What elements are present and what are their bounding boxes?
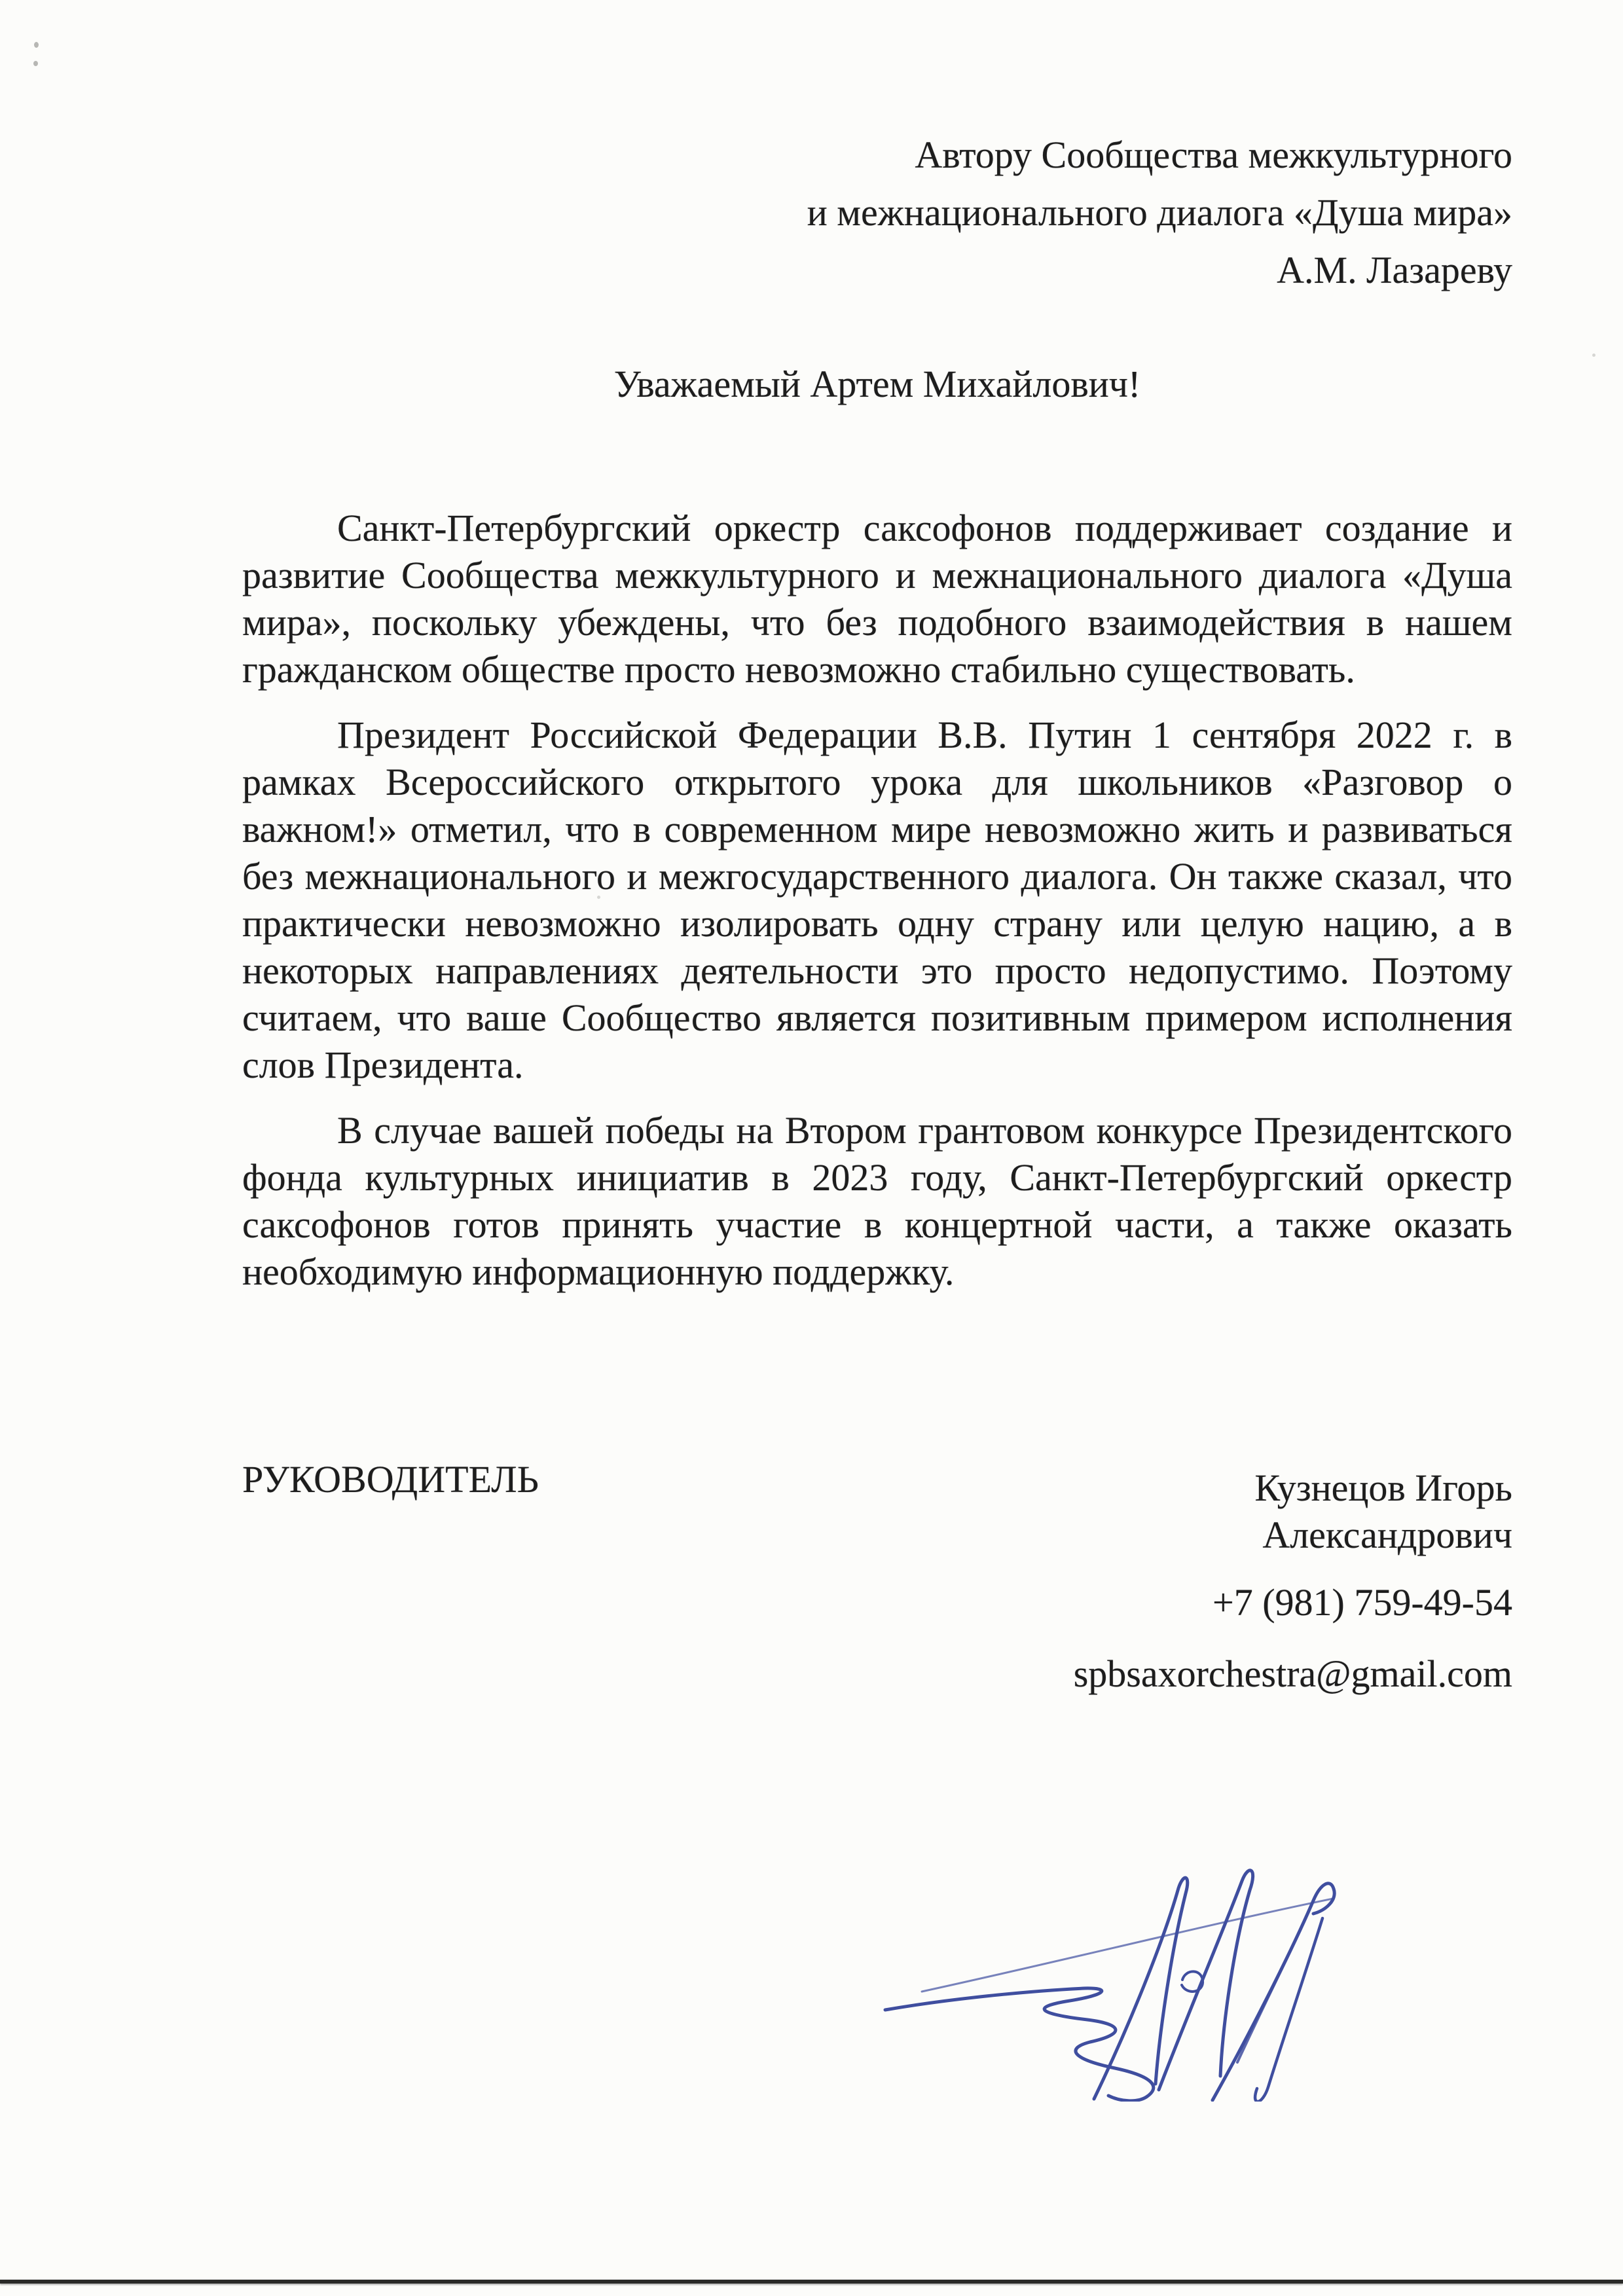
body-paragraph-1: Санкт-Петербургский оркестр саксофонов п… [242, 505, 1512, 693]
scan-edge-artifact [0, 2280, 1623, 2284]
body-paragraph-3: В случае вашей победы на Втором грантово… [242, 1107, 1512, 1296]
body-paragraph-2: Президент Российской Федерации В.В. Пути… [242, 712, 1512, 1089]
scan-speckle [597, 896, 600, 899]
letter-body: Санкт-Петербургский оркестр саксофонов п… [242, 505, 1512, 1314]
signer-email: spbsaxorchestra@gmail.com [1074, 1650, 1512, 1698]
signer-name-line-2: Александрович [1074, 1512, 1512, 1559]
signer-name-line-1: Кузнецов Игорь [1074, 1465, 1512, 1512]
signer-phone: +7 (981) 759-49-54 [1074, 1579, 1512, 1626]
signer-contact-block: Кузнецов Игорь Александрович +7 (981) 75… [1074, 1465, 1512, 1698]
scanned-letter-page: Автору Сообщества межкультурного и межна… [0, 0, 1623, 2296]
handwritten-signature [871, 1840, 1368, 2102]
scan-speckle [33, 61, 38, 66]
recipient-line-1: Автору Сообщества межкультурного [807, 126, 1512, 184]
salutation: Уважаемый Артем Михайлович! [242, 361, 1512, 408]
scan-speckle [1592, 354, 1596, 357]
closing-role: РУКОВОДИТЕЛЬ [242, 1456, 539, 1503]
recipient-line-2: и межнационального диалога «Душа мира» [807, 184, 1512, 242]
recipient-line-3: А.М. Лазареву [807, 242, 1512, 299]
scan-speckle [34, 42, 39, 48]
recipient-block: Автору Сообщества межкультурного и межна… [807, 126, 1512, 299]
